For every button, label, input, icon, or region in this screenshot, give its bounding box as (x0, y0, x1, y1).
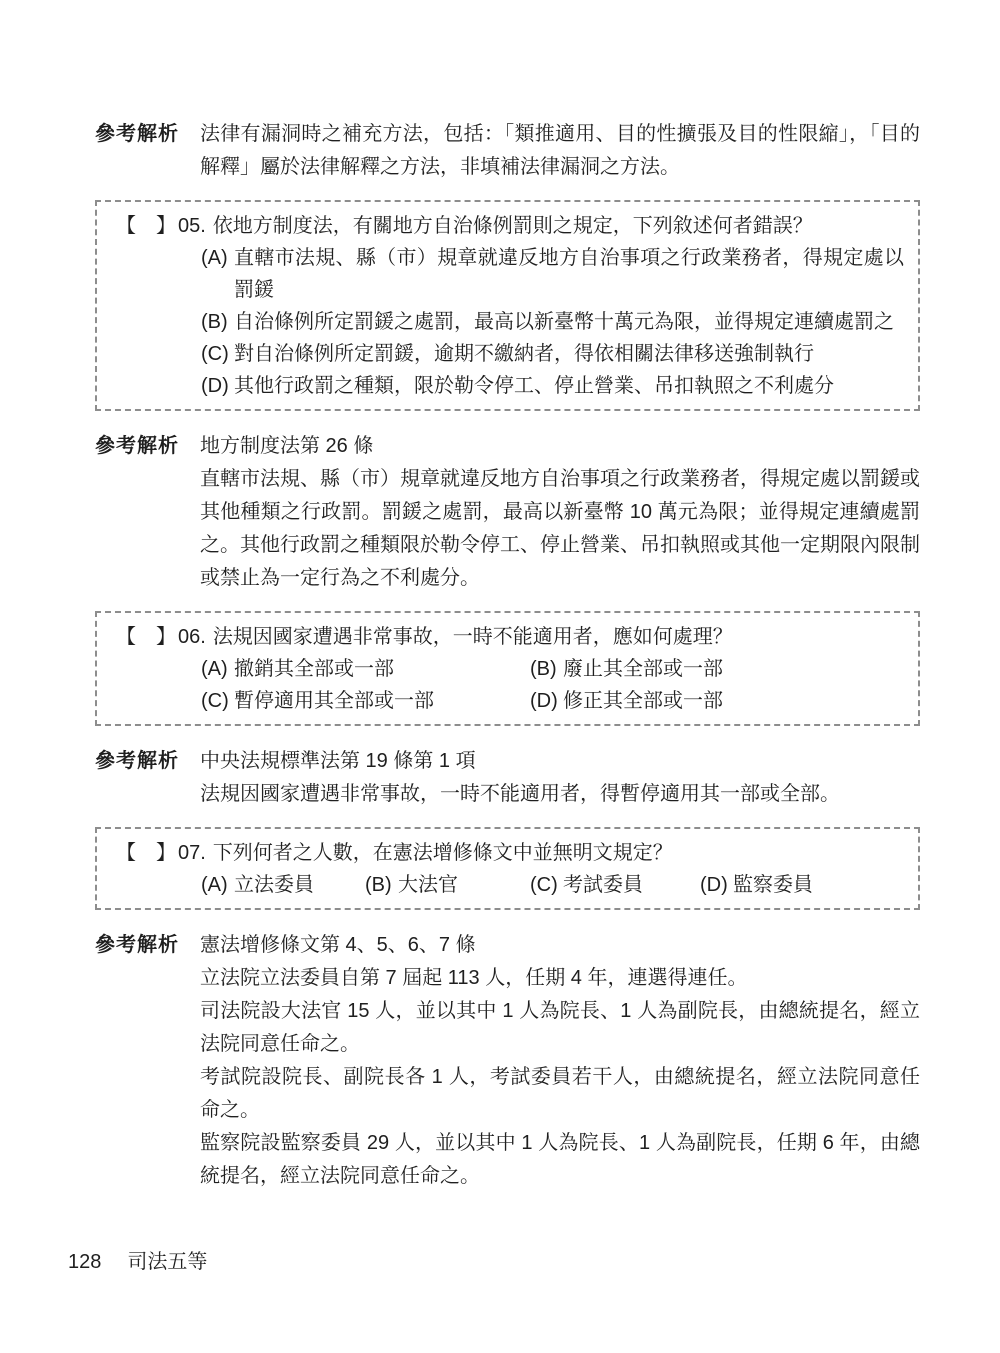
intro-analysis-section: 參考解析 法律有漏洞時之補充方法，包括：「類推適用、目的性擴張及目的性限縮」，「… (95, 118, 920, 184)
option-text: 撤銷其全部或一部 (234, 653, 530, 685)
option-marker: (B) (530, 653, 563, 685)
question-text: 依地方制度法，有關地方自治條例罰則之規定，下列敘述何者錯誤？ (213, 210, 904, 242)
analysis-statute-title: 憲法增修條文第 4、5、6、7 條 (200, 929, 920, 962)
analysis-text: 立法院立法委員自第 7 屆起 113 人，任期 4 年，連選得連任。 (200, 962, 920, 995)
analysis-statute-title: 地方制度法第 26 條 (200, 430, 920, 463)
analysis-section-06: 參考解析 中央法規標準法第 19 條第 1 項 法規因國家遭遇非常事故，一時不能… (95, 745, 920, 811)
analysis-text: 直轄市法規、縣（市）規章就違反地方自治事項之行政業務者，得規定處以罰鍰或其他種類… (200, 463, 920, 595)
answer-bracket: 【 】 (116, 210, 176, 242)
option-c: (C) 暫停適用其全部或一部 (201, 685, 530, 717)
option-text: 監察委員 (733, 869, 904, 901)
footer-section-title: 司法五等 (127, 1246, 207, 1279)
answer-bracket: 【 】 (116, 621, 176, 653)
analysis-body: 憲法增修條文第 4、5、6、7 條 立法院立法委員自第 7 屆起 113 人，任… (200, 929, 920, 1193)
analysis-section-05: 參考解析 地方制度法第 26 條 直轄市法規、縣（市）規章就違反地方自治事項之行… (95, 430, 920, 595)
analysis-body: 中央法規標準法第 19 條第 1 項 法規因國家遭遇非常事故，一時不能適用者，得… (200, 745, 920, 811)
question-line: 【 】 07. 下列何者之人數，在憲法增修條文中並無明文規定？ (116, 837, 904, 869)
option-b: (B) 自治條例所定罰鍰之處罰，最高以新臺幣十萬元為限，並得規定連續處罰之 (201, 306, 904, 338)
option-marker: (C) (530, 869, 563, 901)
option-marker: (D) (700, 869, 733, 901)
analysis-body: 地方制度法第 26 條 直轄市法規、縣（市）規章就違反地方自治事項之行政業務者，… (200, 430, 920, 595)
option-marker: (D) (530, 685, 563, 717)
options-list: (A) 直轄市法規、縣（市）規章就違反地方自治事項之行政業務者，得規定處以罰鍰 … (201, 242, 904, 402)
option-marker: (C) (201, 338, 234, 370)
option-a: (A) 撤銷其全部或一部 (201, 653, 530, 685)
option-text: 修正其全部或一部 (563, 685, 904, 717)
question-line: 【 】 06. 法規因國家遭遇非常事故，一時不能適用者，應如何處理？ (116, 621, 904, 653)
option-d: (D) 監察委員 (700, 869, 904, 901)
option-a: (A) 立法委員 (201, 869, 365, 901)
page-content: 參考解析 法律有漏洞時之補充方法，包括：「類推適用、目的性擴張及目的性限縮」，「… (0, 0, 1000, 1193)
option-text: 大法官 (398, 869, 530, 901)
option-b: (B) 廢止其全部或一部 (530, 653, 904, 685)
question-box-05: 【 】 05. 依地方制度法，有關地方自治條例罰則之規定，下列敘述何者錯誤？ (… (95, 200, 920, 411)
option-d: (D) 其他行政罰之種類，限於勒令停工、停止營業、吊扣執照之不利處分 (201, 370, 904, 402)
analysis-statute-title: 中央法規標準法第 19 條第 1 項 (200, 745, 920, 778)
analysis-label: 參考解析 (95, 430, 200, 595)
analysis-label: 參考解析 (95, 929, 200, 1193)
option-c: (C) 考試委員 (530, 869, 700, 901)
option-marker: (C) (201, 685, 234, 717)
option-marker: (B) (365, 869, 398, 901)
option-marker: (A) (201, 653, 234, 685)
analysis-label: 參考解析 (95, 118, 200, 184)
analysis-text: 法規因國家遭遇非常事故，一時不能適用者，得暫停適用其一部或全部。 (200, 778, 920, 811)
book-page: 參考解析 法律有漏洞時之補充方法，包括：「類推適用、目的性擴張及目的性限縮」，「… (0, 0, 1000, 1353)
options-list: (A) 立法委員 (B) 大法官 (C) 考試委員 (D) 監察委員 (201, 869, 904, 901)
question-box-06: 【 】 06. 法規因國家遭遇非常事故，一時不能適用者，應如何處理？ (A) 撤… (95, 611, 920, 726)
option-text: 自治條例所定罰鍰之處罰，最高以新臺幣十萬元為限，並得規定連續處罰之 (234, 306, 904, 338)
option-text: 廢止其全部或一部 (563, 653, 904, 685)
analysis-text: 監察院設監察委員 29 人，並以其中 1 人為院長、1 人為副院長，任期 6 年… (200, 1127, 920, 1193)
option-text: 其他行政罰之種類，限於勒令停工、停止營業、吊扣執照之不利處分 (234, 370, 904, 402)
analysis-text: 司法院設大法官 15 人，並以其中 1 人為院長、1 人為副院長，由總統提名，經… (200, 995, 920, 1061)
option-text: 暫停適用其全部或一部 (234, 685, 530, 717)
page-number: 128 (68, 1246, 101, 1279)
analysis-section-07: 參考解析 憲法增修條文第 4、5、6、7 條 立法院立法委員自第 7 屆起 11… (95, 929, 920, 1193)
question-box-07: 【 】 07. 下列何者之人數，在憲法增修條文中並無明文規定？ (A) 立法委員… (95, 827, 920, 910)
option-c: (C) 對自治條例所定罰鍰，逾期不繳納者，得依相關法律移送強制執行 (201, 338, 904, 370)
option-text: 立法委員 (234, 869, 365, 901)
option-marker: (B) (201, 306, 234, 338)
option-marker: (D) (201, 370, 234, 402)
option-b: (B) 大法官 (365, 869, 530, 901)
question-text: 法規因國家遭遇非常事故，一時不能適用者，應如何處理？ (213, 621, 904, 653)
question-text: 下列何者之人數，在憲法增修條文中並無明文規定？ (213, 837, 904, 869)
option-text: 對自治條例所定罰鍰，逾期不繳納者，得依相關法律移送強制執行 (234, 338, 904, 370)
analysis-text: 法律有漏洞時之補充方法，包括：「類推適用、目的性擴張及目的性限縮」，「目的解釋」… (200, 118, 920, 184)
option-text: 直轄市法規、縣（市）規章就違反地方自治事項之行政業務者，得規定處以罰鍰 (234, 242, 904, 306)
analysis-body: 法律有漏洞時之補充方法，包括：「類推適用、目的性擴張及目的性限縮」，「目的解釋」… (200, 118, 920, 184)
analysis-text: 考試院設院長、副院長各 1 人，考試委員若干人，由總統提名，經立法院同意任命之。 (200, 1061, 920, 1127)
option-marker: (A) (201, 869, 234, 901)
option-marker: (A) (201, 242, 234, 306)
question-number: 05. (178, 210, 206, 242)
page-footer: 128 司法五等 (68, 1246, 207, 1279)
question-number: 06. (178, 621, 206, 653)
question-line: 【 】 05. 依地方制度法，有關地方自治條例罰則之規定，下列敘述何者錯誤？ (116, 210, 904, 242)
question-number: 07. (178, 837, 206, 869)
option-text: 考試委員 (563, 869, 700, 901)
option-d: (D) 修正其全部或一部 (530, 685, 904, 717)
option-a: (A) 直轄市法規、縣（市）規章就違反地方自治事項之行政業務者，得規定處以罰鍰 (201, 242, 904, 306)
analysis-label: 參考解析 (95, 745, 200, 811)
answer-bracket: 【 】 (116, 837, 176, 869)
options-list: (A) 撤銷其全部或一部 (B) 廢止其全部或一部 (C) 暫停適用其全部或一部… (201, 653, 904, 717)
